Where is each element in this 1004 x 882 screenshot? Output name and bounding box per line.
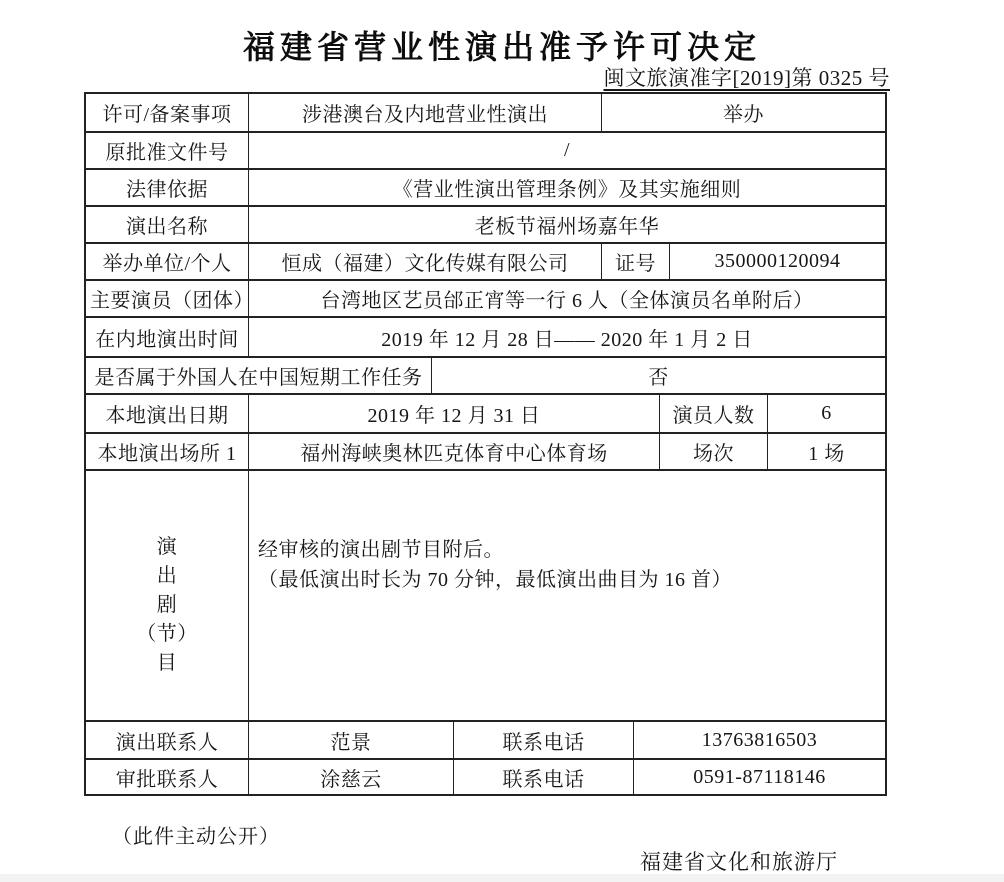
row-organizer: 举办单位/个人 恒成（福建）文化传媒有限公司 证号 350000120094	[86, 242, 885, 279]
performance-contact-phone-label: 联系电话	[453, 722, 633, 758]
permit-item-label: 许可/备案事项	[86, 94, 248, 131]
footer-note: （此件主动公开）	[112, 820, 280, 849]
row-performance-name: 演出名称 老板节福州场嘉年华	[86, 205, 885, 242]
approval-contact-label: 审批联系人	[86, 760, 248, 794]
local-venue-label: 本地演出场所 1	[86, 434, 248, 469]
original-approval-value: /	[248, 133, 885, 168]
program-line2: （最低演出时长为 70 分钟，最低演出曲目为 16 首）	[258, 565, 732, 595]
doc-number-text: 闽文旅演准字[2019]第 0325 号	[604, 66, 891, 90]
row-program: 演 出 剧 （节） 目 经审核的演出剧节目附后。 （最低演出时长为 70 分钟，…	[86, 469, 885, 720]
program-line1: 经审核的演出剧节目附后。	[258, 535, 504, 565]
mainland-period-label: 在内地演出时间	[86, 318, 248, 356]
performance-name-label: 演出名称	[86, 207, 248, 242]
row-foreign-short-term: 是否属于外国人在中国短期工作任务 否	[86, 356, 885, 393]
mainland-period-value: 2019 年 12 月 28 日—— 2020 年 1 月 2 日	[248, 318, 885, 356]
approval-contact-phone: 0591-87118146	[633, 760, 885, 794]
permit-item-value: 涉港澳台及内地营业性演出	[248, 94, 601, 131]
row-performance-contact: 演出联系人 范景 联系电话 13763816503	[86, 720, 885, 758]
program-label-char: 剧	[157, 591, 178, 620]
approval-contact-phone-label: 联系电话	[453, 760, 633, 794]
main-performers-label: 主要演员（团体）	[86, 281, 248, 316]
original-approval-label: 原批准文件号	[86, 133, 248, 168]
row-permit-item: 许可/备案事项 涉港澳台及内地营业性演出 举办	[86, 94, 885, 131]
row-main-performers: 主要演员（团体） 台湾地区艺员邰正宵等一行 6 人（全体演员名单附后）	[86, 279, 885, 316]
foreign-short-term-value: 否	[431, 358, 885, 393]
issuer-name: 福建省文化和旅游厅	[640, 846, 838, 876]
performer-count-value: 6	[767, 395, 885, 432]
organizer-cert-value: 350000120094	[669, 244, 885, 279]
program-label-char: 目	[157, 649, 178, 678]
permit-table: 许可/备案事项 涉港澳台及内地营业性演出 举办 原批准文件号 / 法律依据 《营…	[84, 92, 887, 796]
organizer-label: 举办单位/个人	[86, 244, 248, 279]
program-content: 经审核的演出剧节目附后。 （最低演出时长为 70 分钟，最低演出曲目为 16 首…	[248, 471, 885, 720]
legal-basis-label: 法律依据	[86, 170, 248, 205]
bottom-strip	[0, 874, 1004, 882]
performance-contact-label: 演出联系人	[86, 722, 248, 758]
row-legal-basis: 法律依据 《营业性演出管理条例》及其实施细则	[86, 168, 885, 205]
local-date-label: 本地演出日期	[86, 395, 248, 432]
performance-contact-phone: 13763816503	[633, 722, 885, 758]
program-label-char: 出	[157, 562, 178, 591]
program-label-char: （节）	[136, 620, 198, 649]
row-approval-contact: 审批联系人 涂慈云 联系电话 0591-87118146	[86, 758, 885, 794]
performer-count-label: 演员人数	[659, 395, 767, 432]
organizer-cert-label: 证号	[601, 244, 669, 279]
row-local-date: 本地演出日期 2019 年 12 月 31 日 演员人数 6	[86, 393, 885, 432]
performance-name-value: 老板节福州场嘉年华	[248, 207, 885, 242]
foreign-short-term-label: 是否属于外国人在中国短期工作任务	[86, 358, 431, 393]
local-venue-value: 福州海峡奥林匹克体育中心体育场	[248, 434, 659, 469]
row-local-venue: 本地演出场所 1 福州海峡奥林匹克体育中心体育场 场次 1 场	[86, 432, 885, 469]
main-performers-value: 台湾地区艺员邰正宵等一行 6 人（全体演员名单附后）	[248, 281, 885, 316]
local-date-value: 2019 年 12 月 31 日	[248, 395, 659, 432]
program-label: 演 出 剧 （节） 目	[86, 471, 248, 720]
program-label-char: 演	[157, 533, 178, 562]
row-original-approval: 原批准文件号 /	[86, 131, 885, 168]
sessions-value: 1 场	[767, 434, 885, 469]
permit-item-mode: 举办	[601, 94, 885, 131]
legal-basis-value: 《营业性演出管理条例》及其实施细则	[248, 170, 885, 205]
sessions-label: 场次	[659, 434, 767, 469]
organizer-value: 恒成（福建）文化传媒有限公司	[248, 244, 601, 279]
row-mainland-period: 在内地演出时间 2019 年 12 月 28 日—— 2020 年 1 月 2 …	[86, 316, 885, 356]
doc-number: 闽文旅演准字[2019]第 0325 号	[84, 62, 890, 92]
performance-contact-name: 范景	[248, 722, 453, 758]
approval-contact-name: 涂慈云	[248, 760, 453, 794]
